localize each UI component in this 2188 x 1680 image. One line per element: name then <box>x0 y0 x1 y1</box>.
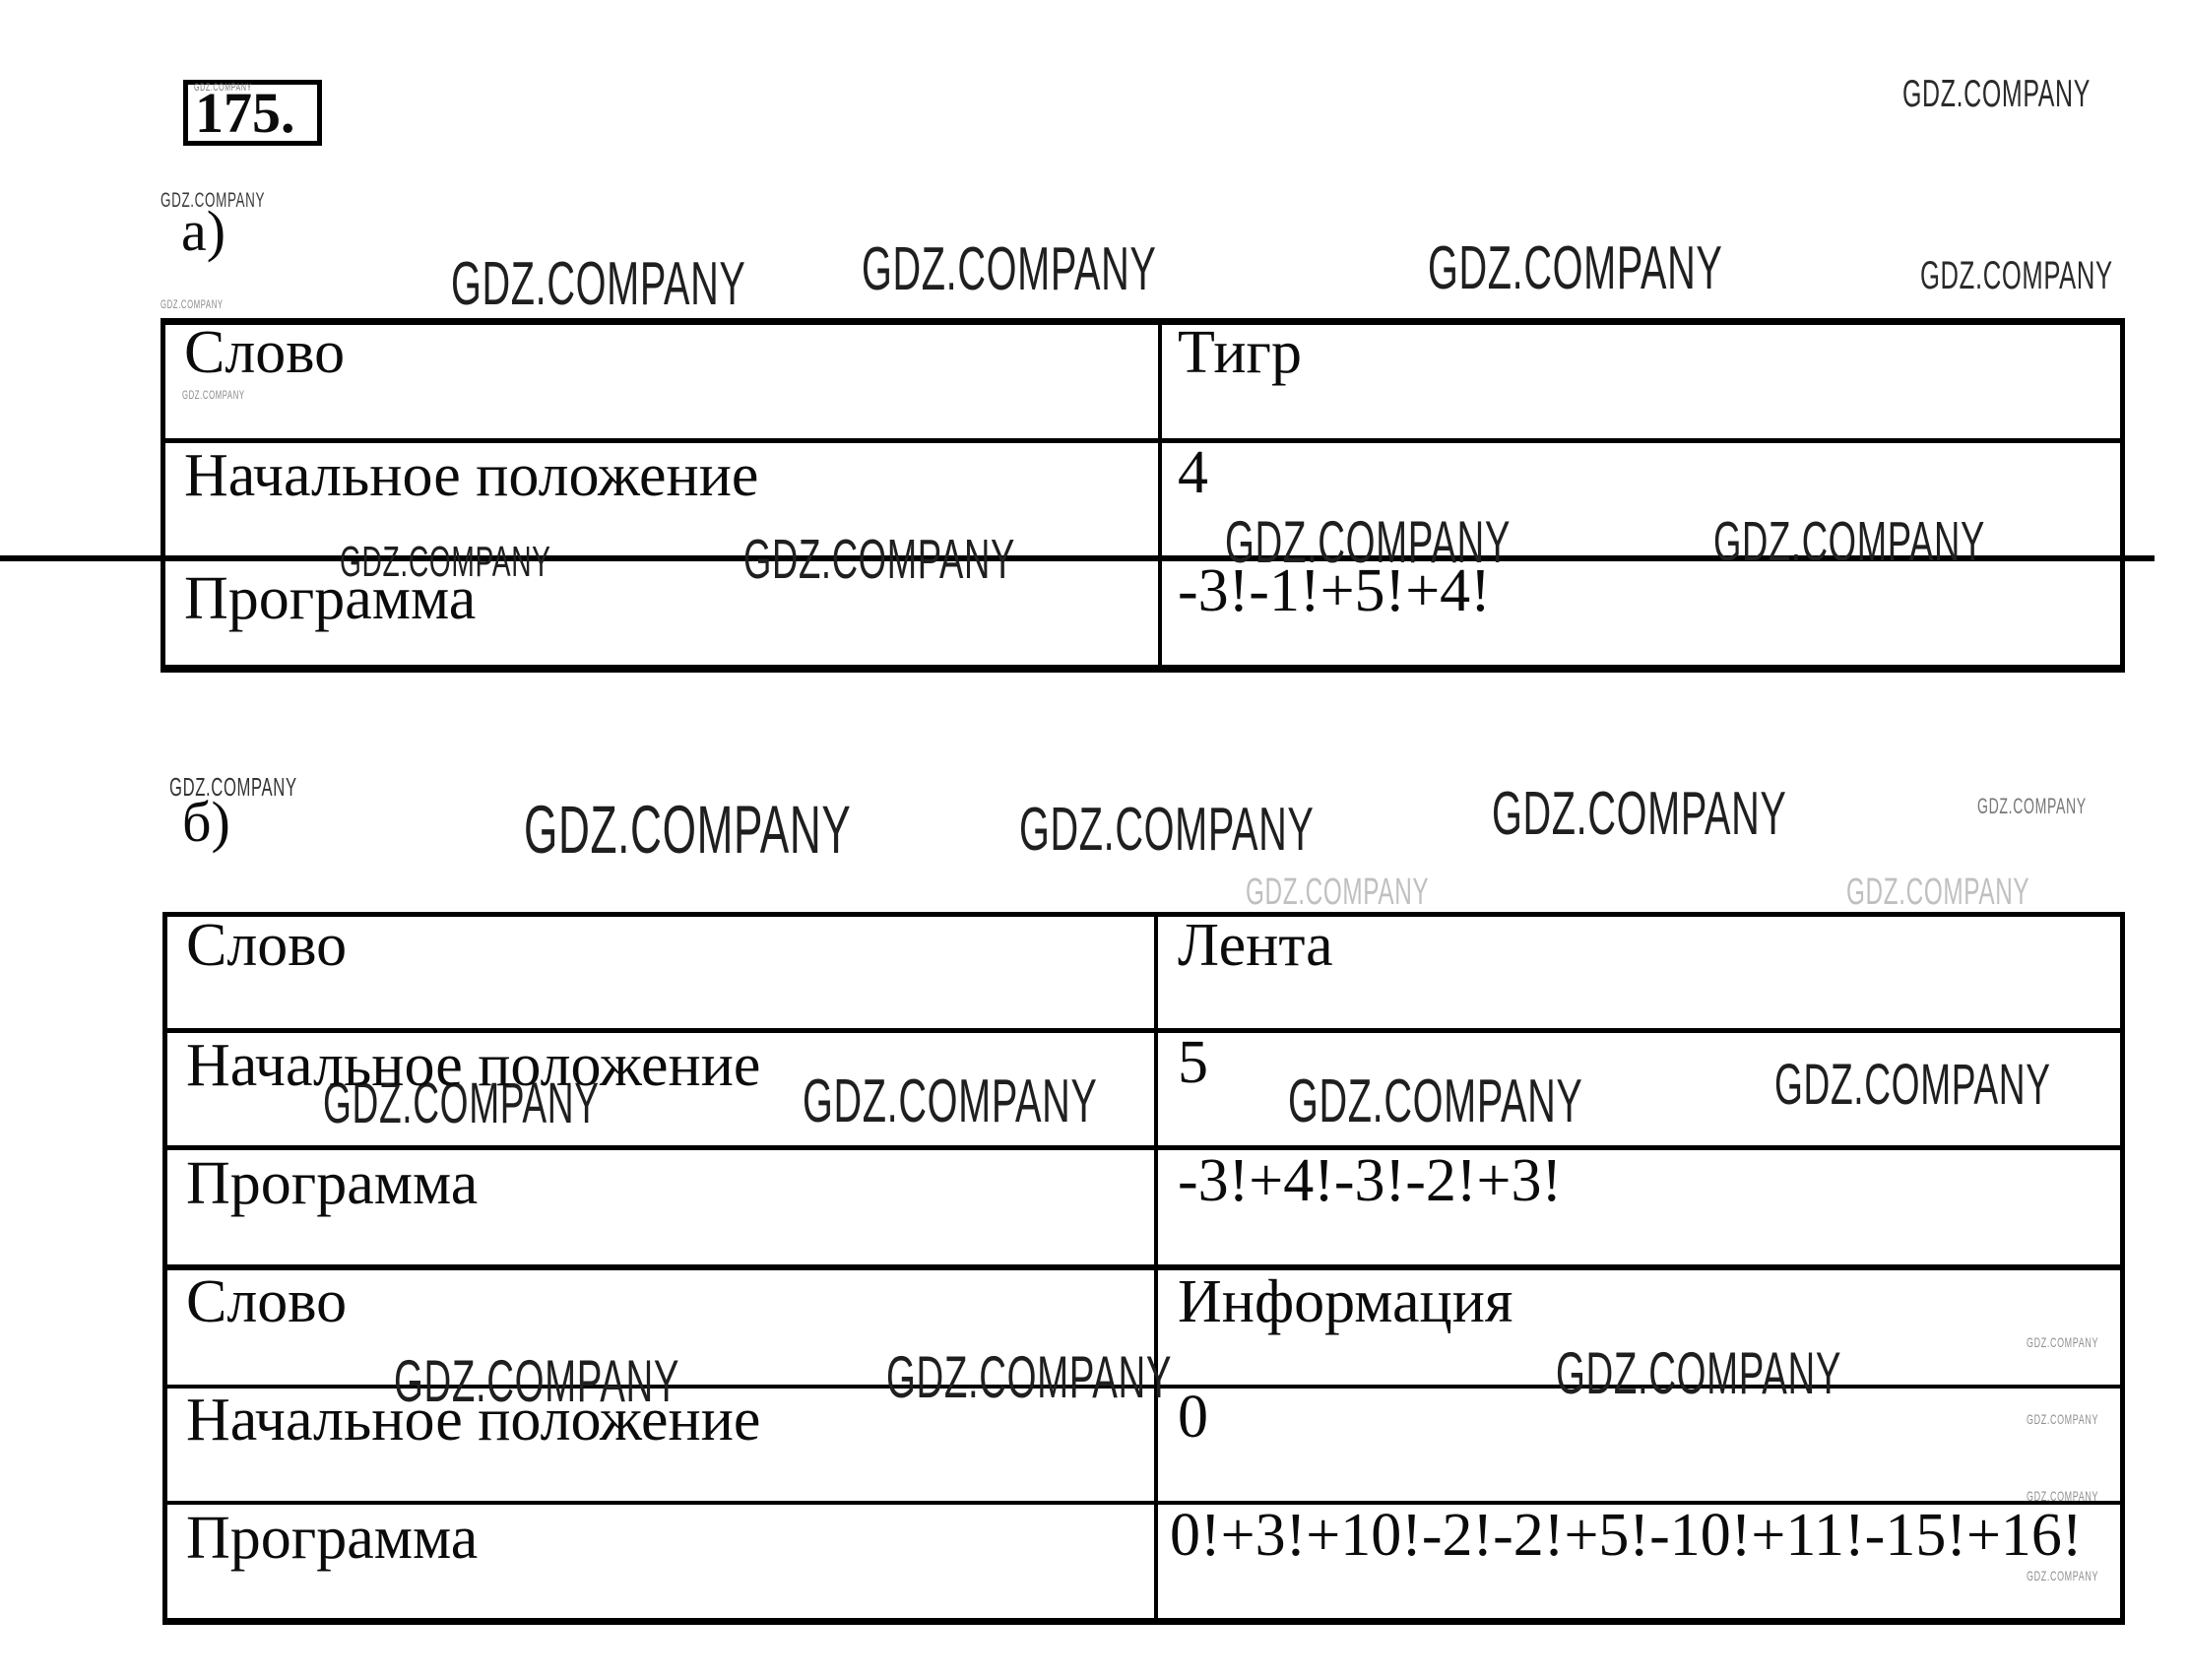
row-label: Программа <box>186 1153 478 1214</box>
row-label: Начальное положение <box>186 1389 760 1451</box>
section-a-label: а) <box>181 203 225 260</box>
row-value: 0 <box>1178 1387 1208 1448</box>
row-value: 5 <box>1178 1032 1208 1093</box>
problem-number: 175. <box>195 85 295 142</box>
gdz-watermark: GDZ.COMPANY <box>451 254 746 315</box>
row-value: 4 <box>1178 442 1208 503</box>
gdz-watermark-ghost: GDZ.COMPANY <box>1846 873 2029 911</box>
gdz-watermark: GDZ.COMPANY <box>1019 800 1315 861</box>
gdz-watermark: GDZ.COMPANY <box>743 532 1015 588</box>
gdz-watermark: GDZ.COMPANY <box>1774 1057 2051 1114</box>
row-value: Информация <box>1178 1271 1512 1332</box>
gdz-watermark: GDZ.COMPANY <box>1902 75 2091 113</box>
gdz-watermark: GDZ.COMPANY <box>1713 514 1985 570</box>
row-value: -3!+4!-3!-2!+3! <box>1178 1150 1562 1211</box>
section-b-label: б) <box>182 794 230 851</box>
gdz-watermark: GDZ.COMPANY <box>1556 1344 1841 1403</box>
table-b-row-divider <box>167 1264 2120 1270</box>
row-label: Программа <box>186 1508 478 1569</box>
table-a-column-divider <box>1158 325 1162 665</box>
row-label: Слово <box>186 915 347 976</box>
row-label: Слово <box>186 1271 347 1332</box>
gdz-watermark: GDZ.COMPANY <box>886 1348 1172 1407</box>
gdz-watermark: GDZ.COMPANY <box>1492 784 1787 845</box>
gdz-watermark: GDZ.COMPANY <box>524 796 852 864</box>
gdz-watermark: GDZ.COMPANY <box>2027 1489 2098 1503</box>
row-label: Начальное положение <box>186 1035 760 1096</box>
gdz-watermark: GDZ.COMPANY <box>1920 256 2113 295</box>
gdz-watermark: GDZ.COMPANY <box>2027 1335 2098 1349</box>
scanned-worksheet-page: { "watermark": "GDZ.COMPANY", "problem_n… <box>0 0 2188 1680</box>
gdz-watermark: GDZ.COMPANY <box>161 298 224 310</box>
gdz-watermark: GDZ.COMPANY <box>1288 1071 1583 1132</box>
gdz-watermark: GDZ.COMPANY <box>2027 1569 2098 1583</box>
gdz-watermark: GDZ.COMPANY <box>182 389 245 401</box>
gdz-watermark: GDZ.COMPANY <box>2027 1412 2098 1426</box>
row-value: -3!-1!+5!+4! <box>1178 560 1491 621</box>
row-value: 0!+3!+10!-2!-2!+5!-10!+11!-15!+16! <box>1170 1505 2083 1566</box>
row-value: Лента <box>1178 915 1333 976</box>
gdz-watermark: GDZ.COMPANY <box>862 239 1157 300</box>
gdz-watermark: GDZ.COMPANY <box>803 1071 1098 1132</box>
row-label: Слово <box>184 322 345 383</box>
row-value: Тигр <box>1178 322 1302 383</box>
gdz-watermark: GDZ.COMPANY <box>1428 238 1723 299</box>
row-label: Начальное положение <box>184 445 758 506</box>
row-label: Программа <box>184 568 476 629</box>
gdz-watermark-ghost: GDZ.COMPANY <box>1246 873 1429 911</box>
gdz-watermark: GDZ.COMPANY <box>1977 796 2087 817</box>
